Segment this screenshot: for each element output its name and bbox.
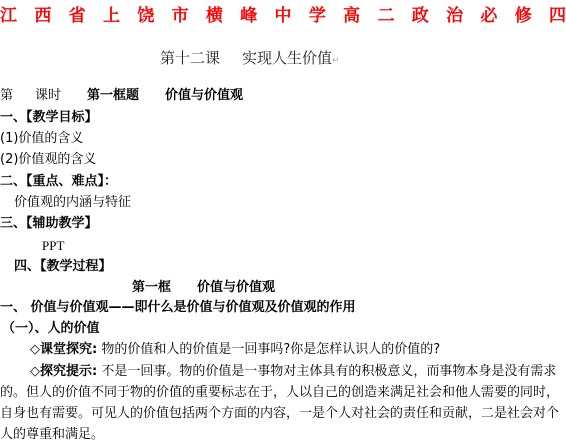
lesson-title: 第十二课实现人生价值↵ bbox=[160, 48, 340, 71]
process-heading: 四、【教学过程】 bbox=[14, 259, 112, 275]
frame-title-a: 第一框 bbox=[132, 280, 171, 295]
paragraph-mark-icon: ↵ bbox=[332, 56, 340, 66]
frame-title-b: 价值与价值观 bbox=[197, 280, 275, 295]
part1-heading: 一、 价值与价值观——即什么是价值与价值观及价值观的作用 bbox=[0, 300, 356, 316]
header-char: 二 bbox=[377, 6, 394, 26]
session-di: 第 bbox=[0, 88, 13, 103]
document-header-title: 江 西 省 上 饶 市 横 峰 中 学 高 二 政 治 必 修 四 bbox=[0, 6, 566, 26]
explore-line: ◇课堂探究: 物的价值和人的价值是一回事吗?你是怎样认识人的价值的? bbox=[30, 342, 440, 358]
hint-paragraph: ◇探究提示: 不是一回事。物的价值是一事物对主体具有的积极意义，而事物本身是没有… bbox=[0, 361, 566, 445]
header-char: 市 bbox=[172, 6, 189, 26]
header-char: 饶 bbox=[137, 6, 154, 26]
header-char: 西 bbox=[34, 6, 51, 26]
session-keshi: 课时 bbox=[35, 88, 61, 103]
header-char: 峰 bbox=[240, 6, 257, 26]
explore-label: ◇课堂探究: bbox=[30, 342, 97, 357]
explore-text: 物的价值和人的价值是一回事吗?你是怎样认识人的价值的? bbox=[101, 342, 440, 357]
lesson-number: 第十二课 bbox=[160, 49, 220, 67]
header-char: 横 bbox=[206, 6, 223, 26]
header-char: 江 bbox=[0, 6, 17, 26]
keypoints-text: 价值观的内涵与特征 bbox=[14, 195, 131, 211]
header-char: 修 bbox=[515, 6, 532, 26]
header-char: 上 bbox=[103, 6, 120, 26]
header-char: 高 bbox=[343, 6, 360, 26]
lesson-name: 实现人生价值 bbox=[242, 49, 332, 67]
frame-title: 第一框价值与价值观 bbox=[132, 280, 275, 296]
aids-text: PPT bbox=[42, 238, 64, 254]
hint-label: ◇探究提示: bbox=[30, 364, 97, 379]
goal-item: (1)价值的含义 bbox=[0, 131, 83, 147]
header-char: 必 bbox=[480, 6, 497, 26]
aids-heading: 三、【辅助教学】 bbox=[0, 216, 98, 232]
header-char: 中 bbox=[275, 6, 292, 26]
goals-heading: 一、【教学目标】 bbox=[0, 110, 98, 126]
goal-item: (2)价值观的含义 bbox=[0, 152, 96, 168]
session-frame: 第一框题 bbox=[87, 88, 139, 103]
header-char: 四 bbox=[549, 6, 566, 26]
sub1-heading: （一）、人的价值 bbox=[2, 321, 100, 337]
header-char: 省 bbox=[69, 6, 86, 26]
header-char: 治 bbox=[446, 6, 463, 26]
session-topic: 价值与价值观 bbox=[165, 88, 243, 103]
keypoints-heading: 二、【重点、难点】： bbox=[0, 174, 117, 190]
header-char: 学 bbox=[309, 6, 326, 26]
header-char: 政 bbox=[412, 6, 429, 26]
session-line: 第课时第一框题价值与价值观 bbox=[0, 88, 243, 104]
